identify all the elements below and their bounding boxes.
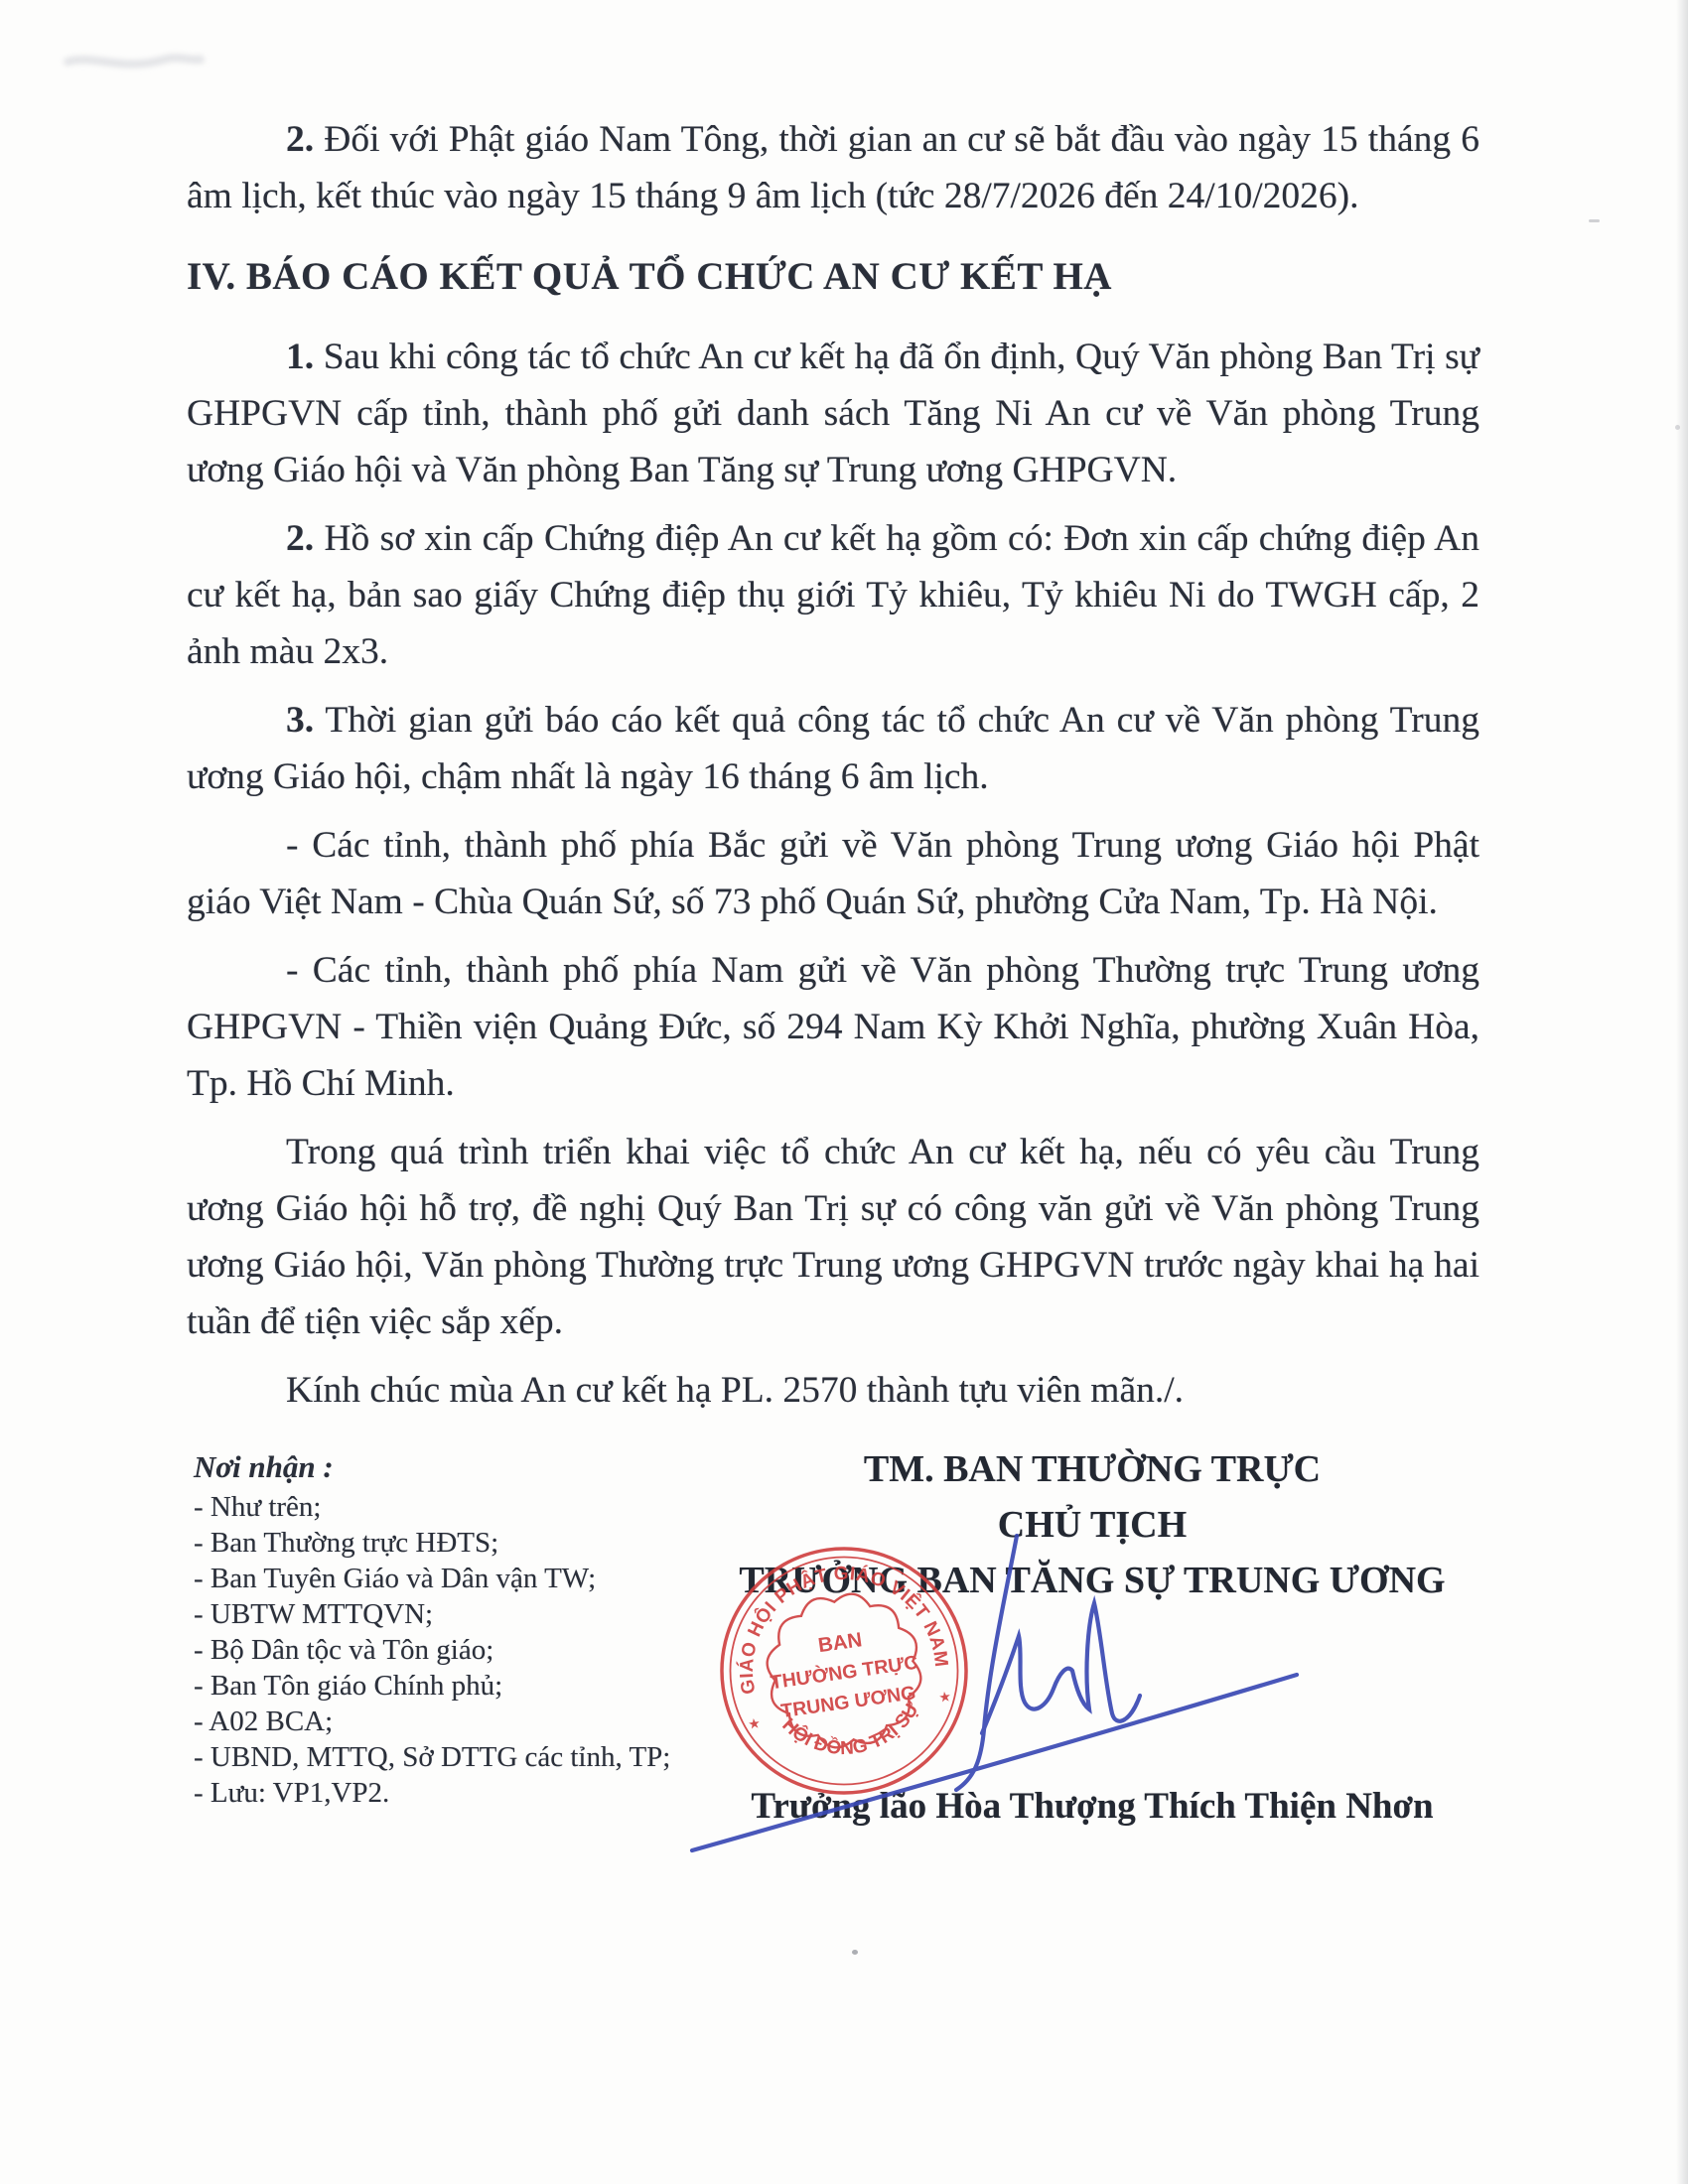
paragraph-report-2: 2. Hồ sơ xin cấp Chứng điệp An cư kết hạ… [187, 510, 1479, 680]
recipient-item: - Bộ Dân tộc và Tôn giáo; [194, 1632, 670, 1668]
paragraph-nam-tong: 2. Đối với Phật giáo Nam Tông, thời gian… [187, 111, 1479, 224]
paragraph-wish: Kính chúc mùa An cư kết hạ PL. 2570 thàn… [187, 1362, 1479, 1419]
paragraph-support: Trong quá trình triển khai việc tổ chức … [187, 1124, 1479, 1350]
paragraph-report-3: 3. Thời gian gửi báo cáo kết quả công tá… [187, 692, 1479, 805]
paragraph-text: Thời gian gửi báo cáo kết quả công tác t… [187, 700, 1479, 797]
section-heading-iv: IV. BÁO CÁO KẾT QUẢ TỔ CHỨC AN CƯ KẾT HẠ [187, 248, 1479, 305]
scan-edge-shadow [1676, 0, 1688, 2184]
document-body: 2. Đối với Phật giáo Nam Tông, thời gian… [187, 111, 1479, 1431]
paragraph-text: Đối với Phật giáo Nam Tông, thời gian an… [187, 119, 1479, 216]
handwritten-signature [635, 1479, 1350, 1906]
paragraph-north-provinces: - Các tỉnh, thành phố phía Bắc gửi về Vă… [187, 817, 1479, 930]
recipient-item: - Ban Tôn giáo Chính phủ; [194, 1668, 670, 1704]
paragraph-number: 2. [286, 119, 314, 160]
paragraph-text: Hồ sơ xin cấp Chứng điệp An cư kết hạ gồ… [187, 518, 1479, 672]
recipients-label: Nơi nhận : [194, 1449, 670, 1485]
paragraph-report-1: 1. Sau khi công tác tổ chức An cư kết hạ… [187, 329, 1479, 498]
scanned-document-page: { "body": { "para_nam_tong": { "lead": "… [0, 0, 1688, 2184]
paragraph-number: 2. [286, 518, 314, 559]
recipients-block: Nơi nhận : - Như trên; - Ban Thường trực… [194, 1449, 670, 1811]
paragraph-text: Sau khi công tác tổ chức An cư kết hạ đã… [187, 337, 1479, 490]
paragraph-number: 3. [286, 700, 314, 741]
scan-smudge [40, 35, 218, 94]
recipient-item: - Như trên; [194, 1489, 670, 1525]
scan-speck [1589, 219, 1600, 222]
paragraph-south-provinces: - Các tỉnh, thành phố phía Nam gửi về Vă… [187, 942, 1479, 1112]
recipient-item: - Ban Tuyên Giáo và Dân vận TW; [194, 1561, 670, 1596]
recipient-item: - A02 BCA; [194, 1704, 670, 1739]
signature-squiggle [982, 1603, 1140, 1733]
paragraph-number: 1. [286, 337, 314, 377]
recipient-item: - Ban Thường trực HĐTS; [194, 1525, 670, 1561]
recipient-item: - Lưu: VP1,VP2. [194, 1775, 670, 1811]
recipient-item: - UBND, MTTQ, Sở DTTG các tỉnh, TP; [194, 1739, 670, 1775]
recipient-item: - UBTW MTTQVN; [194, 1596, 670, 1632]
scan-speck [852, 1950, 858, 1955]
